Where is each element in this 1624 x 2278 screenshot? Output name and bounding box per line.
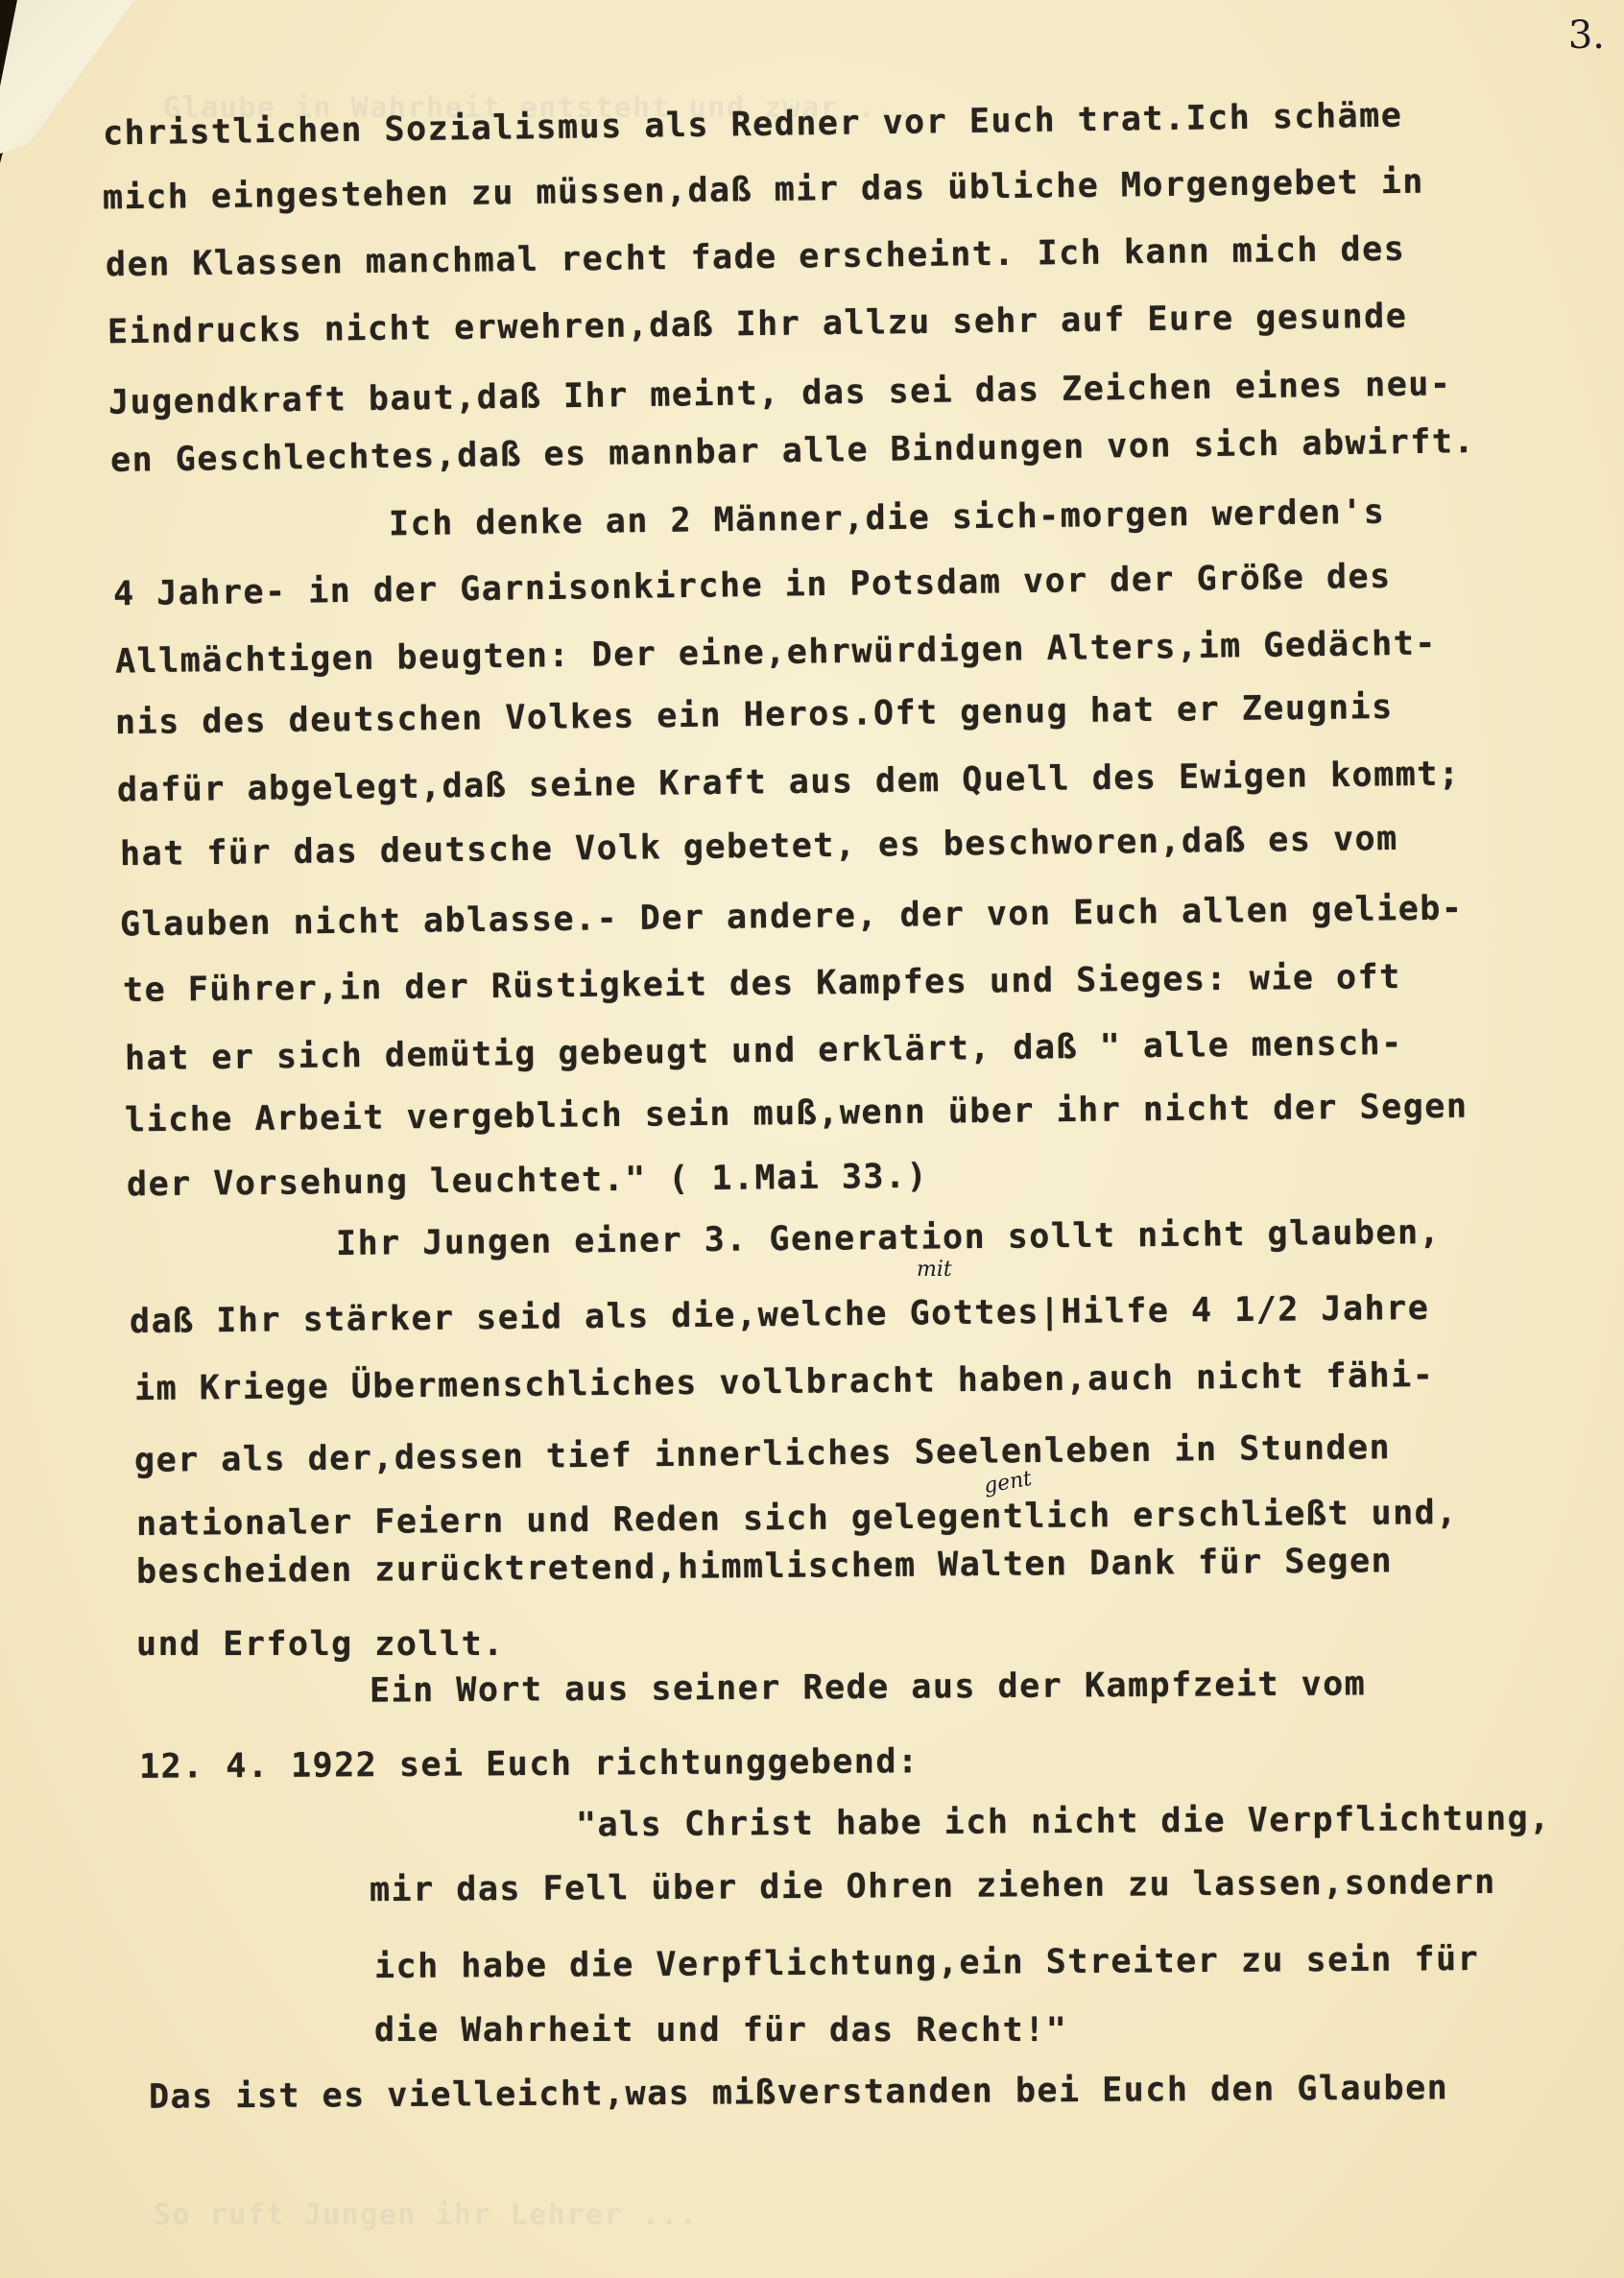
text-line-27: "als Christ habe ich nicht die Verpflich…	[576, 1799, 1551, 1844]
text-line-2: mich eingestehen zu müssen,daß mir das ü…	[103, 163, 1424, 218]
text-line-22: nationaler Feiern und Reden sich gelegen…	[136, 1494, 1458, 1544]
text-line-6: en Geschlechtes,daß es mannbar alle Bind…	[110, 422, 1475, 480]
text-line-31: Das ist es vielleicht,was mißverstanden …	[149, 2069, 1449, 2116]
text-line-30: die Wahrheit und für das Recht!"	[374, 2011, 1067, 2050]
page-number: 3.	[1568, 13, 1605, 58]
text-line-9: Allmächtigen beugten: Der eine,ehrwürdig…	[115, 624, 1437, 681]
text-line-28: mir das Fell über die Ohren ziehen zu la…	[370, 1863, 1496, 1909]
text-line-4: Eindrucks nicht erwehren,daß Ihr allzu s…	[107, 298, 1408, 352]
document-page: 3. Glaube in Wahrheit entsteht und zwar …	[0, 0, 1624, 2278]
text-line-3: den Klassen manchmal recht fade erschein…	[106, 230, 1406, 285]
text-line-5: Jugendkraft baut,daß Ihr meint, das sei …	[108, 365, 1452, 422]
text-line-24: und Erfolg zollt.	[136, 1625, 505, 1664]
text-line-10: nis des deutschen Volkes ein Heros.Oft g…	[115, 688, 1394, 742]
text-line-18: Ihr Jungen einer 3. Generation sollt nic…	[336, 1213, 1442, 1263]
text-line-25: Ein Wort aus seiner Rede aus der Kampfze…	[370, 1665, 1367, 1710]
bleed-through-text: So ruft Jungen ihr Lehrer ...	[154, 2198, 698, 2232]
text-line-7: Ich denke an 2 Männer,die sich-morgen we…	[389, 493, 1386, 544]
text-line-11: dafür abgelegt,daß seine Kraft aus dem Q…	[117, 755, 1461, 809]
text-line-15: hat er sich demütig gebeugt und erklärt,…	[125, 1024, 1403, 1078]
text-line-29: ich habe die Verpflichtung,ein Streiter …	[374, 1940, 1479, 1986]
text-line-8: 4 Jahre- in der Garnisonkirche in Potsda…	[113, 558, 1392, 614]
text-line-14: te Führer,in der Rüstigkeit des Kampfes …	[123, 958, 1401, 1010]
handwritten-insertion-mit: mit	[917, 1258, 952, 1282]
text-line-12: hat für das deutsche Volk gebetet, es be…	[120, 820, 1398, 874]
text-line-16: liche Arbeit vergeblich sein muß,wenn üb…	[125, 1088, 1469, 1140]
handwritten-correction-gent: gent	[982, 1467, 1034, 1499]
text-line-19: daß Ihr stärker seid als die,welche Gott…	[130, 1289, 1430, 1341]
text-line-21: ger als der,dessen tief innerliches Seel…	[134, 1428, 1392, 1480]
text-line-13: Glauben nicht ablasse.- Der andere, der …	[120, 889, 1464, 944]
text-line-17: der Vorsehung leuchtet." ( 1.Mai 33.)	[127, 1158, 929, 1205]
text-line-20: im Kriege Übermenschliches vollbracht ha…	[134, 1356, 1435, 1408]
text-line-23: bescheiden zurücktretend,himmlischem Wal…	[136, 1542, 1393, 1591]
text-line-26: 12. 4. 1922 sei Euch richtunggebend:	[139, 1742, 919, 1786]
